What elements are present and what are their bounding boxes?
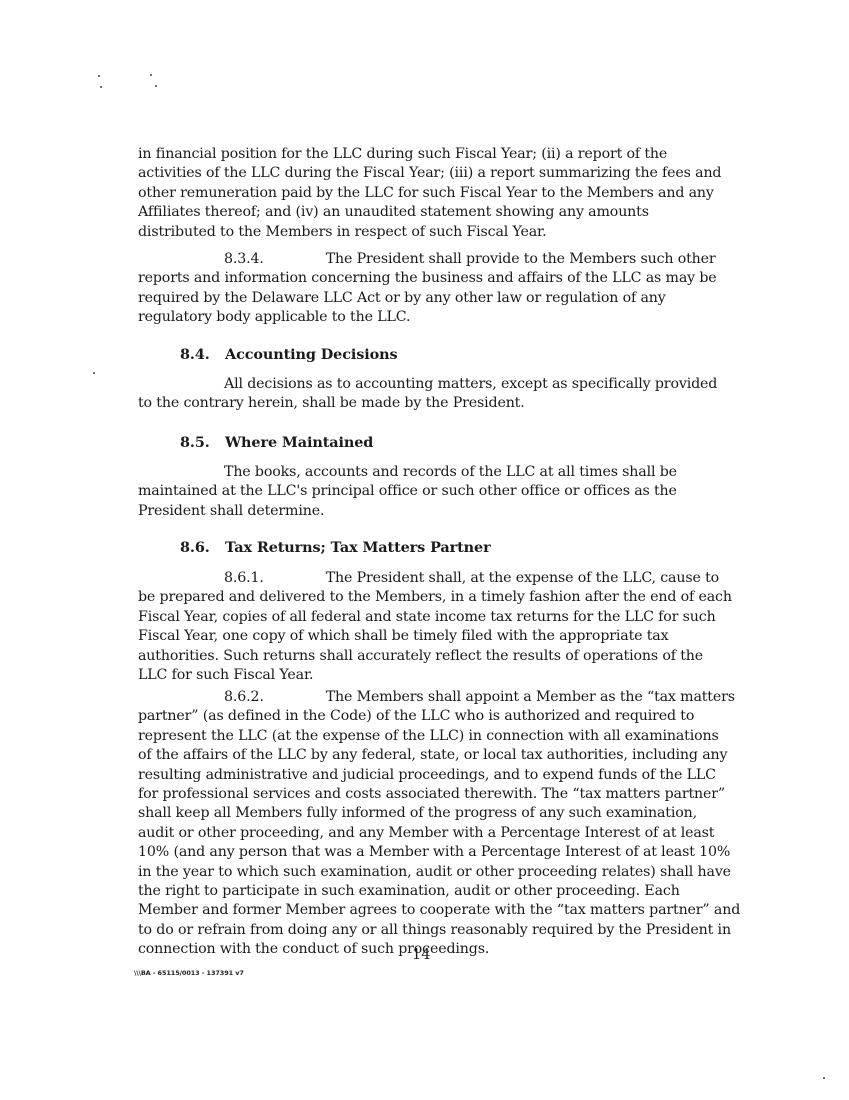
- section-title: Where Maintained: [225, 434, 373, 451]
- section-heading-8-6: 8.6.Tax Returns; Tax Matters Partner: [180, 539, 491, 556]
- section-heading-8-5: 8.5.Where Maintained: [180, 434, 373, 451]
- text-line: 8.6.1.The President shall, at the expens…: [138, 569, 710, 588]
- scan-speck: [150, 74, 152, 76]
- text-line: other remuneration paid by the LLC for s…: [138, 184, 710, 203]
- text-fragment: The President shall, at the expense of t…: [326, 570, 719, 586]
- section-number: 8.6.: [180, 539, 225, 556]
- text-line: Member and former Member agrees to coope…: [138, 901, 710, 920]
- text-fragment: The books, accounts and records of the L…: [224, 464, 677, 480]
- text-line: audit or other proceeding, and any Membe…: [138, 824, 710, 843]
- scan-speck: [823, 1077, 825, 1079]
- text-line: reports and information concerning the b…: [138, 269, 710, 288]
- section-8-4-body: All decisions as to accounting matters, …: [138, 375, 710, 414]
- text-line: President shall determine.: [138, 502, 710, 521]
- section-title: Accounting Decisions: [225, 346, 397, 363]
- section-number: 8.4.: [180, 346, 225, 363]
- text-line: resulting administrative and judicial pr…: [138, 766, 710, 785]
- text-line: to do or refrain from doing any or all t…: [138, 921, 710, 940]
- text-fragment: The Members shall appoint a Member as th…: [326, 689, 735, 705]
- text-line: partner” (as defined in the Code) of the…: [138, 707, 710, 726]
- text-line: represent the LLC (at the expense of the…: [138, 727, 710, 746]
- text-line: LLC for such Fiscal Year.: [138, 666, 710, 685]
- text-line: required by the Delaware LLC Act or by a…: [138, 289, 710, 308]
- section-8-6-2: 8.6.2.The Members shall appoint a Member…: [138, 688, 710, 960]
- text-line: Fiscal Year, one copy of which shall be …: [138, 627, 710, 646]
- section-8-3-4: 8.3.4.The President shall provide to the…: [138, 250, 710, 328]
- scan-speck: [98, 75, 100, 77]
- text-line: authorities. Such returns shall accurate…: [138, 647, 710, 666]
- text-line: distributed to the Members in respect of…: [138, 223, 710, 242]
- text-line: to the contrary herein, shall be made by…: [138, 394, 710, 413]
- text-line: activities of the LLC during the Fiscal …: [138, 164, 710, 183]
- section-number: 8.6.1.: [224, 570, 264, 586]
- section-number: 8.6.2.: [224, 689, 264, 705]
- scan-speck: [93, 372, 95, 374]
- text-fragment: The President shall provide to the Membe…: [326, 251, 716, 267]
- text-line: 8.6.2.The Members shall appoint a Member…: [138, 688, 710, 707]
- document-page: in financial position for the LLC during…: [0, 0, 849, 1100]
- page-number: 14: [412, 947, 430, 963]
- text-line: shall keep all Members fully informed of…: [138, 804, 710, 823]
- section-8-6-1: 8.6.1.The President shall, at the expens…: [138, 569, 710, 685]
- scan-speck: [155, 85, 157, 87]
- text-line: the right to participate in such examina…: [138, 882, 710, 901]
- text-line: in the year to which such examination, a…: [138, 863, 710, 882]
- scan-speck: [100, 86, 102, 88]
- text-line: of the affairs of the LLC by any federal…: [138, 746, 710, 765]
- text-line: 8.3.4.The President shall provide to the…: [138, 250, 710, 269]
- text-line: The books, accounts and records of the L…: [138, 463, 710, 482]
- section-heading-8-4: 8.4.Accounting Decisions: [180, 346, 397, 363]
- text-line: in financial position for the LLC during…: [138, 145, 710, 164]
- text-line: Affiliates thereof; and (iv) an unaudite…: [138, 203, 710, 222]
- section-number: 8.5.: [180, 434, 225, 451]
- text-line: 10% (and any person that was a Member wi…: [138, 843, 710, 862]
- section-title: Tax Returns; Tax Matters Partner: [225, 539, 491, 556]
- intro-paragraph: in financial position for the LLC during…: [138, 145, 710, 242]
- text-line: Fiscal Year, copies of all federal and s…: [138, 608, 710, 627]
- text-line: regulatory body applicable to the LLC.: [138, 308, 710, 327]
- section-number: 8.3.4.: [224, 251, 264, 267]
- text-fragment: All decisions as to accounting matters, …: [224, 376, 717, 392]
- footer-document-id: \\\BA - 65115/0013 - 137391 v7: [134, 969, 244, 977]
- text-line: be prepared and delivered to the Members…: [138, 588, 710, 607]
- section-8-5-body: The books, accounts and records of the L…: [138, 463, 710, 521]
- text-line: for professional services and costs asso…: [138, 785, 710, 804]
- text-line: All decisions as to accounting matters, …: [138, 375, 710, 394]
- text-line: maintained at the LLC's principal office…: [138, 482, 710, 501]
